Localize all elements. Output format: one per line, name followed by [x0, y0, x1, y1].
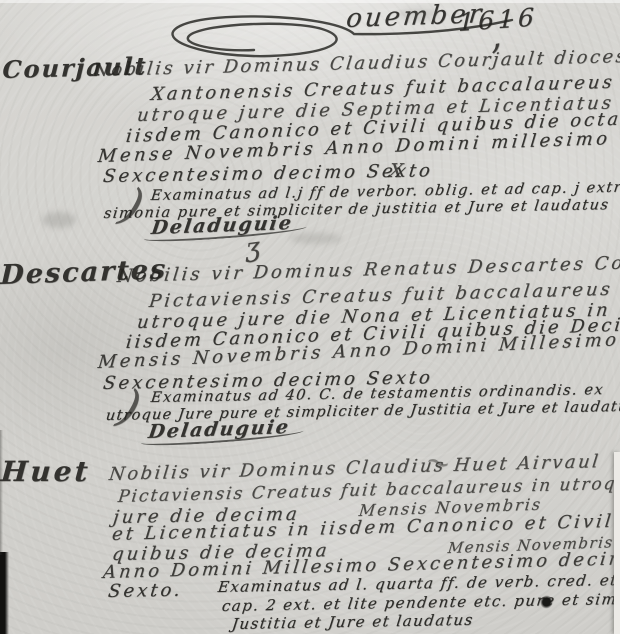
examiner-signature-descartes: Deladuguie	[147, 418, 291, 442]
smudge	[290, 233, 342, 244]
margin-name-huet: Huet	[0, 458, 92, 486]
paper-edge-highlight	[614, 452, 620, 634]
photo-edge-shadow	[0, 430, 3, 555]
manuscript-line-courjault: Sexcentesimo decimo Sexto	[102, 162, 434, 186]
manuscript-line-huet: Sexto.	[107, 582, 184, 601]
examiner-signature-courjault: Deladuguie	[150, 214, 294, 238]
manuscript-line-courjault: X	[388, 162, 404, 181]
smudge	[398, 8, 438, 20]
smudge	[42, 212, 76, 228]
manuscript-line-huet: Justitia et Jure et laudatus	[231, 613, 475, 632]
pen-flourish: ʒ	[245, 234, 261, 262]
photo-edge-dark-strip	[0, 552, 9, 634]
paper-edge-top	[0, 0, 620, 3]
manuscript-page-scan: ouember 1616 CourjaultNobilis vir Dominu…	[0, 0, 620, 634]
